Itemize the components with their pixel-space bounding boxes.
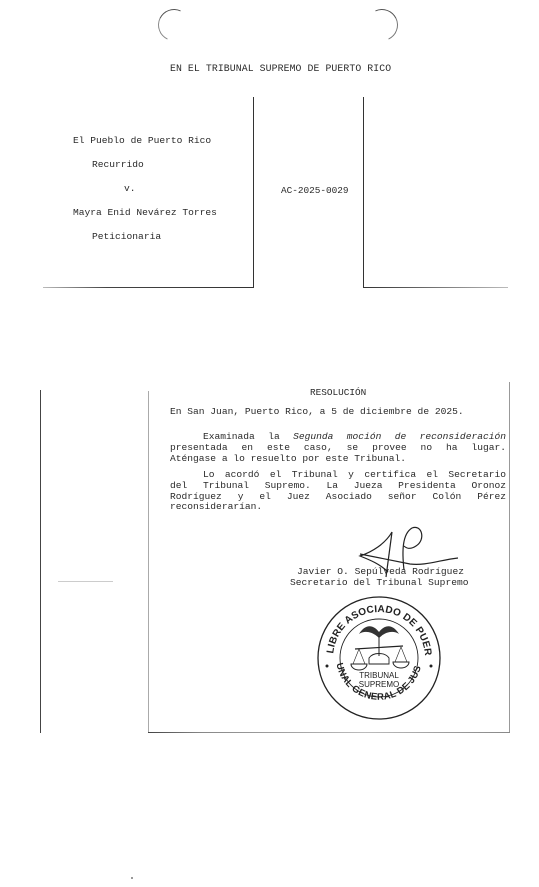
motion-title: Segunda moción de reconsideración xyxy=(293,431,506,442)
paragraph-1-line-2: presentada en este caso, se provee no ha… xyxy=(170,443,506,454)
seal-center-line-1: TRIBUNAL xyxy=(359,671,399,680)
paragraph-2-line-4: reconsiderarían. xyxy=(170,502,506,513)
caption-bottom-rule-right xyxy=(363,287,508,288)
court-seal-icon: ESTADO LIBRE ASOCIADO DE PUERTO RICO TRI… xyxy=(315,594,443,722)
frame-bottom-rule xyxy=(148,732,510,733)
margin-rule-inner xyxy=(148,391,149,732)
signer-name: Javier O. Sepúlveda Rodríguez xyxy=(297,567,464,577)
seal-center-line-2: SUPREMO xyxy=(359,680,399,689)
hole-punch-left xyxy=(153,4,194,45)
hole-punch-right xyxy=(361,4,402,45)
resolution-date: En San Juan, Puerto Rico, a 5 de diciemb… xyxy=(170,407,464,417)
caption-bottom-rule-left xyxy=(43,287,254,288)
caption-left-divider xyxy=(253,97,254,288)
versus: v. xyxy=(124,184,136,194)
resolution-paragraph-1: Examinada la Segunda moción de reconside… xyxy=(170,432,506,464)
resolution-heading: RESOLUCIÓN xyxy=(310,388,366,397)
paragraph-1-line-3: Aténgase a lo resuelto por este Tribunal… xyxy=(170,454,506,465)
party-2-name: Mayra Enid Nevárez Torres xyxy=(73,208,217,218)
resolution-paragraph-2: Lo acordó el Tribunal y certifica el Sec… xyxy=(170,470,506,513)
margin-dash xyxy=(58,581,113,582)
party-1-name: El Pueblo de Puerto Rico xyxy=(73,136,211,146)
caption-right-divider xyxy=(363,97,364,288)
scan-speck xyxy=(131,877,133,879)
party-1-role: Recurrido xyxy=(92,160,144,170)
margin-rule-outer xyxy=(40,390,41,733)
signer-title: Secretario del Tribunal Supremo xyxy=(290,578,468,588)
line-prefix: Examinada la xyxy=(203,431,293,442)
case-number: AC-2025-0029 xyxy=(281,186,349,195)
paragraph-2-line-2: del Tribunal Supremo. La Jueza President… xyxy=(170,481,506,492)
frame-right-rule xyxy=(509,382,510,732)
party-2-role: Peticionaria xyxy=(92,232,161,242)
court-title: EN EL TRIBUNAL SUPREMO DE PUERTO RICO xyxy=(170,64,391,74)
